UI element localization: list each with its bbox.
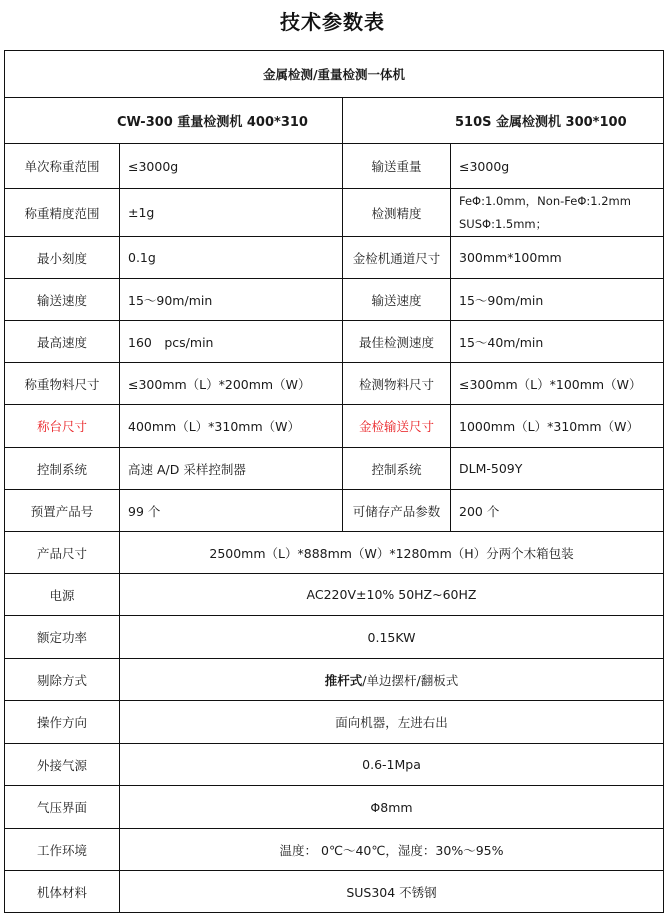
spec-value: 300mm*100mm (451, 237, 664, 279)
table-row: 操作方向 面向机器，左进右出 (5, 701, 664, 744)
table-main-header: 金属检测/重量检测一体机 (5, 51, 664, 98)
spec-value: 15～90m/min (451, 279, 664, 321)
spec-value-bold: 推杆式 (325, 673, 363, 688)
spec-value: 15～90m/min (120, 279, 343, 321)
spec-value: 1000mm（L）*310mm（W） (451, 405, 664, 448)
spec-label: 剔除方式 (5, 659, 120, 701)
spec-label: 金检机通道尺寸 (343, 237, 451, 279)
spec-value: 温度： 0℃～40℃，湿度：30%～95% (120, 829, 664, 871)
table-row: 预置产品号 99 个 可储存产品参数 200 个 (5, 490, 664, 532)
spec-label: 控制系统 (343, 448, 451, 490)
spec-label: 最小刻度 (5, 237, 120, 279)
spec-value-line: SUSΦ:1.5mm； (459, 213, 655, 236)
spec-value: 高速 A/D 采样控制器 (120, 448, 343, 490)
spec-label: 输送速度 (5, 279, 120, 321)
spec-value: Φ8mm (120, 786, 664, 829)
spec-value: 0.1g (120, 237, 343, 279)
spec-label: 操作方向 (5, 701, 120, 744)
spec-value: AC220V±10% 50HZ~60HZ (120, 574, 664, 616)
spec-label: 控制系统 (5, 448, 120, 490)
model-header-row: CW-300 重量检测机 400*310 510S 金属检测机 300*100 (5, 98, 664, 144)
spec-label: 气压界面 (5, 786, 120, 829)
spec-label: 输送速度 (343, 279, 451, 321)
spec-table: 金属检测/重量检测一体机 CW-300 重量检测机 400*310 510S 金… (4, 50, 664, 913)
spec-value: ≤3000g (120, 144, 343, 189)
spec-value: 推杆式/单边摆杆/翻板式 (120, 659, 664, 701)
spec-label: 工作环境 (5, 829, 120, 871)
spec-label: 预置产品号 (5, 490, 120, 532)
table-header-row: 金属检测/重量检测一体机 (5, 51, 664, 98)
spec-label: 外接气源 (5, 744, 120, 786)
table-row: 剔除方式 推杆式/单边摆杆/翻板式 (5, 659, 664, 701)
table-row: 最小刻度 0.1g 金检机通道尺寸 300mm*100mm (5, 237, 664, 279)
table-row: 额定功率 0.15KW (5, 616, 664, 659)
table-row: 工作环境 温度： 0℃～40℃，湿度：30%～95% (5, 829, 664, 871)
spec-value: ≤3000g (451, 144, 664, 189)
table-row: 外接气源 0.6-1Mpa (5, 744, 664, 786)
table-row: 控制系统 高速 A/D 采样控制器 控制系统 DLM-509Y (5, 448, 664, 490)
spec-value-line: FeΦ:1.0mm，Non-FeΦ:1.2mm (459, 190, 655, 213)
spec-label-highlighted: 称台尺寸 (5, 405, 120, 448)
spec-value-multiline: FeΦ:1.0mm，Non-FeΦ:1.2mm SUSΦ:1.5mm； (451, 189, 664, 237)
table-row: 机体材料 SUS304 不锈钢 (5, 871, 664, 913)
spec-value: 面向机器，左进右出 (120, 701, 664, 744)
page-title: 技术参数表 (0, 6, 665, 35)
spec-value: 200 个 (451, 490, 664, 532)
model-header-left: CW-300 重量检测机 400*310 (5, 98, 343, 144)
table-row: 称重物料尺寸 ≤300mm（L）*200mm（W） 检测物料尺寸 ≤300mm（… (5, 363, 664, 405)
spec-value: DLM-509Y (451, 448, 664, 490)
table-row: 最高速度 160 pcs/min 最佳检测速度 15～40m/min (5, 321, 664, 363)
spec-label: 额定功率 (5, 616, 120, 659)
spec-label: 电源 (5, 574, 120, 616)
spec-value: 99 个 (120, 490, 343, 532)
spec-value-rest: /单边摆杆/翻板式 (362, 673, 458, 688)
spec-value: 160 pcs/min (120, 321, 343, 363)
spec-label: 检测精度 (343, 189, 451, 237)
spec-label: 可储存产品参数 (343, 490, 451, 532)
spec-label: 输送重量 (343, 144, 451, 189)
table-row: 产品尺寸 2500mm（L）*888mm（W）*1280mm（H）分两个木箱包装 (5, 532, 664, 574)
spec-value: SUS304 不锈钢 (120, 871, 664, 913)
table-row: 称重精度范围 ±1g 检测精度 FeΦ:1.0mm，Non-FeΦ:1.2mm … (5, 189, 664, 237)
spec-label: 称重精度范围 (5, 189, 120, 237)
spec-label: 机体材料 (5, 871, 120, 913)
spec-label-highlighted: 金检输送尺寸 (343, 405, 451, 448)
spec-value: ≤300mm（L）*100mm（W） (451, 363, 664, 405)
spec-label: 最佳检测速度 (343, 321, 451, 363)
model-header-right: 510S 金属检测机 300*100 (343, 98, 664, 144)
table-row-highlighted: 称台尺寸 400mm（L）*310mm（W） 金检输送尺寸 1000mm（L）*… (5, 405, 664, 448)
spec-value: 400mm（L）*310mm（W） (120, 405, 343, 448)
spec-value: ≤300mm（L）*200mm（W） (120, 363, 343, 405)
spec-value: 0.6-1Mpa (120, 744, 664, 786)
spec-label: 检测物料尺寸 (343, 363, 451, 405)
spec-value: 2500mm（L）*888mm（W）*1280mm（H）分两个木箱包装 (120, 532, 664, 574)
table-row: 气压界面 Φ8mm (5, 786, 664, 829)
table-row: 输送速度 15～90m/min 输送速度 15～90m/min (5, 279, 664, 321)
spec-value: 15～40m/min (451, 321, 664, 363)
spec-label: 最高速度 (5, 321, 120, 363)
spec-value: 0.15KW (120, 616, 664, 659)
spec-value: ±1g (120, 189, 343, 237)
spec-label: 称重物料尺寸 (5, 363, 120, 405)
spec-label: 产品尺寸 (5, 532, 120, 574)
table-row: 电源 AC220V±10% 50HZ~60HZ (5, 574, 664, 616)
table-row: 单次称重范围 ≤3000g 输送重量 ≤3000g (5, 144, 664, 189)
spec-label: 单次称重范围 (5, 144, 120, 189)
